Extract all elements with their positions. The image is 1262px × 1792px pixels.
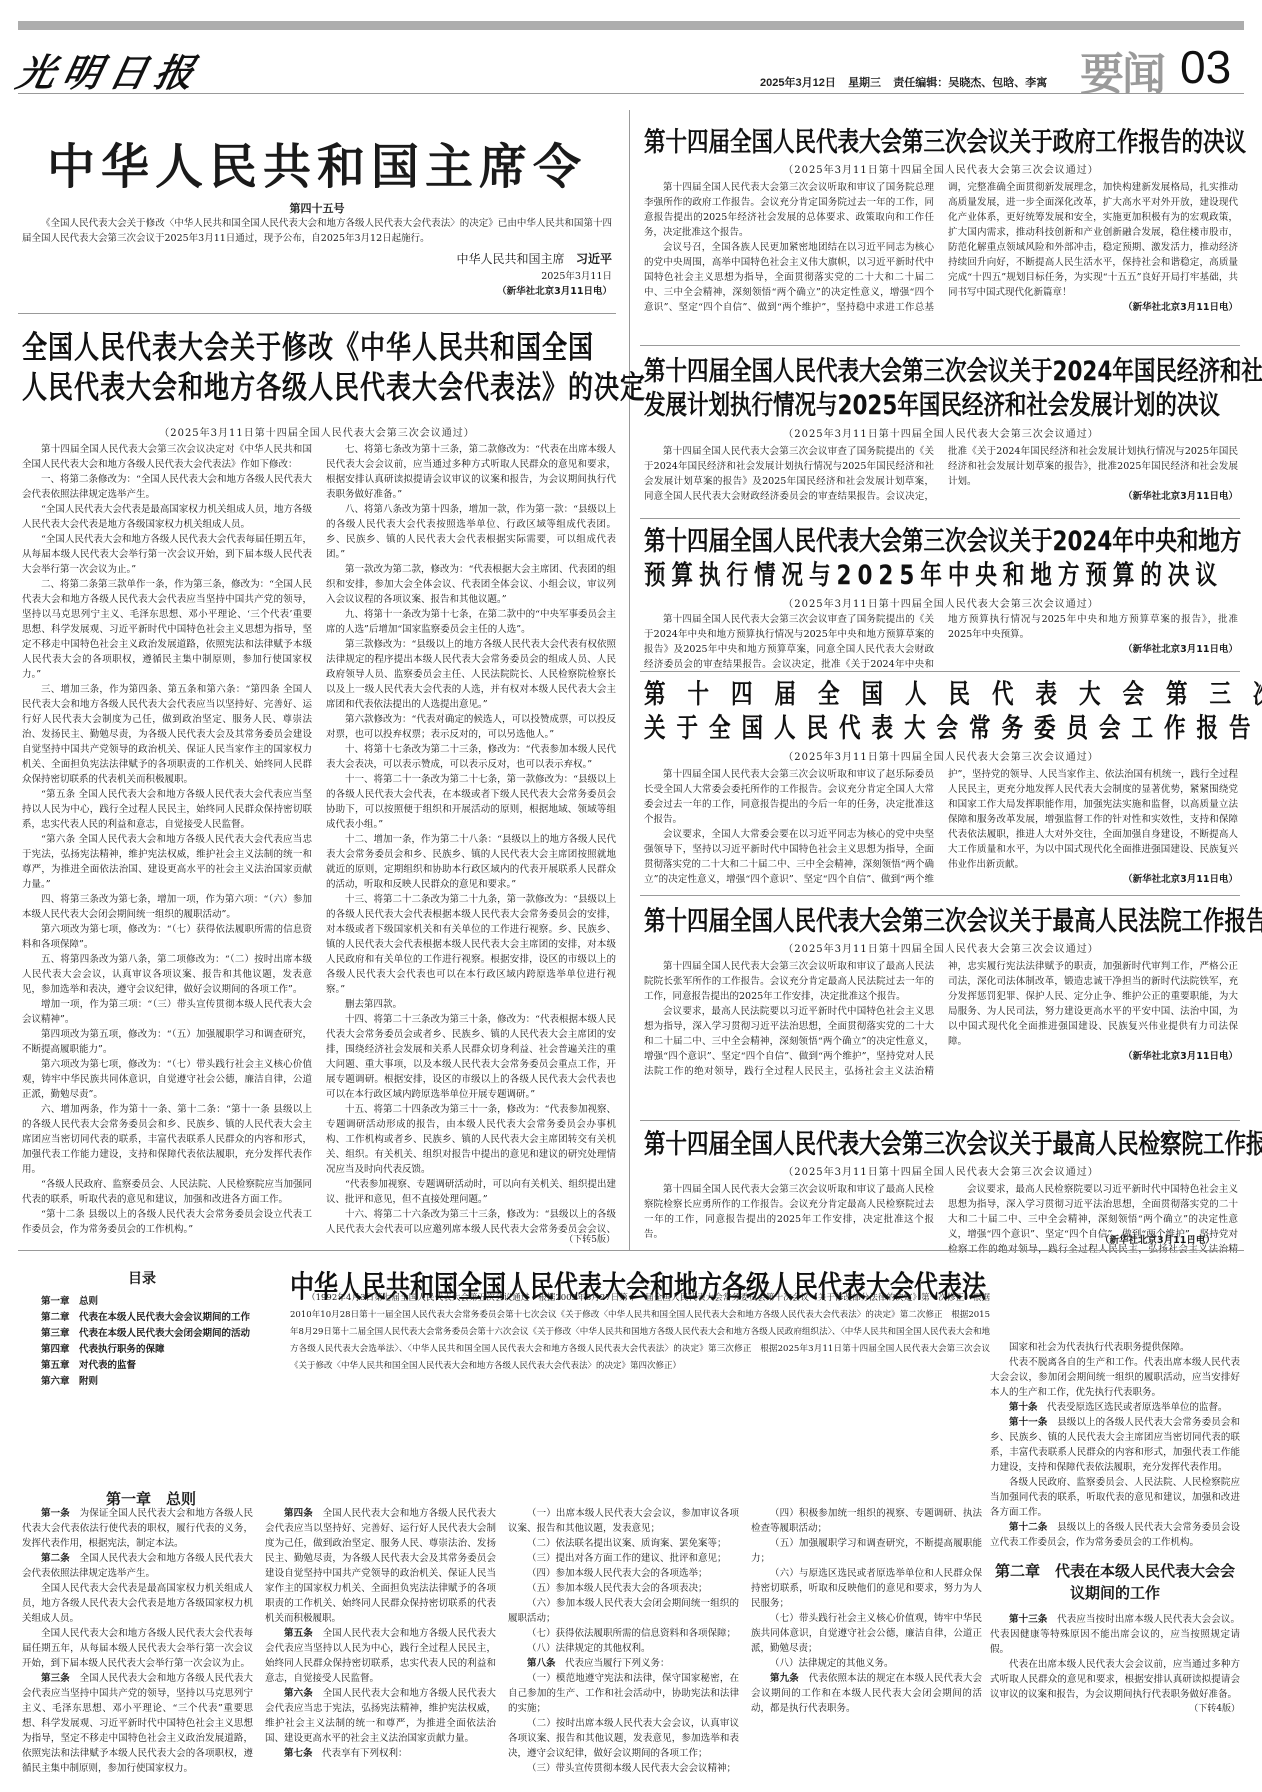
law-article: （七）带头践行社会主义核心价值观，铸牢中华民族共同体意识，自觉遵守社会公德，廉洁…	[751, 1611, 982, 1656]
law-article: 第一条 为保证全国人民代表大会和地方各级人民代表大会代表依法行使代表的职权，履行…	[22, 1506, 253, 1551]
paragraph: 二、将第二条第三款单作一条，作为第三条，修改为：“全国人民代表大会和地方各级人民…	[22, 577, 312, 682]
section-rule	[18, 1250, 1244, 1251]
paragraph: 第四项改为第五项，修改为：“（五）加强履职学习和调查研究，不断提高履职能力”。	[22, 1027, 312, 1057]
law-right-column: 国家和社会为代表执行代表职务提供保障。代表不脱离各自的生产和工作。代表出席本级人…	[990, 1340, 1240, 1717]
paragraph: 第一款改为第二款，修改为：“代表根据大会主席团、代表团的组织和安排，参加大会全体…	[326, 562, 616, 607]
paragraph: 四、将第三条改为第七条，增加一项，作为第六项：“（六）参加本级人民代表大会闭会期…	[22, 892, 312, 922]
law-article: （七）获得依法履职所需的信息资料和各项保障；	[508, 1626, 739, 1641]
paragraph: 增加一项，作为第三项：“（三）带头宣传贯彻本级人民代表大会会议精神”。	[22, 997, 312, 1027]
order-title: 中华人民共和国主席令	[18, 128, 616, 197]
law-article: （五）加强履职学习和调查研究，不断提高履职能力；	[751, 1536, 982, 1566]
resolution-subhead: （2025年3月11日第十四届全国人民代表大会第三次会议通过）	[644, 1163, 1238, 1178]
resolution-budget-report: 第十四届全国人民代表大会第三次会议关于2024年中央和地方 预算执行情况与202…	[644, 525, 1238, 672]
law-article: 第九条 代表依照本法的规定在本级人民代表大会会议期间的工作和在本级人民代表大会闭…	[751, 1671, 982, 1716]
issue-weekday: 星期三	[848, 77, 881, 89]
law-article: 第十三条 代表应当按时出席本级人民代表大会会议。代表因健康等特殊原因不能出席会议…	[990, 1612, 1240, 1657]
resolution-dateline: （新华社北京3月11日电）	[1100, 1232, 1215, 1246]
law-article: 第七条 代表享有下列权利：	[265, 1746, 496, 1761]
decision-continued: （下转5版）	[480, 1232, 615, 1245]
divider	[640, 518, 1240, 519]
toc-item[interactable]: 第四章 代表执行职务的保障	[22, 1342, 262, 1358]
law-amendment-note: （1992年4月3日第七届全国人民代表大会第五次会议通过 根据2009年8月27…	[290, 1290, 990, 1375]
law-article: 第三条 全国人民代表大会和地方各级人民代表大会代表应当坚持中国共产党的领导，坚持…	[22, 1671, 253, 1776]
resolution-title: 第十四届全国人民代表大会第三次会议关于最高人民检察院工作报告的决议	[644, 1128, 1238, 1162]
paragraph: 十一、将第二十一条改为第二十七条，第一款修改为：“县级以上的各级人民代表大会代表…	[326, 772, 616, 832]
order-signature: 中华人民共和国主席 习近平	[457, 250, 612, 267]
law-article: 代表在出席本级人民代表大会会议前，应当通过多种方式听取人民群众的意见和要求，根据…	[990, 1657, 1240, 1702]
law-article: （四）参加本级人民代表大会的各项选举；	[508, 1566, 739, 1581]
law-article: （六）与原选区选民或者原选举单位和人民群众保持密切联系，听取和反映他们的意见和要…	[751, 1566, 982, 1611]
page-number: 03	[1180, 40, 1231, 94]
resolution-title: 第十四届全国人民代表大会第三次会议关于政府工作报告的决议	[644, 126, 1238, 160]
resolution-dateline: （新华社北京3月11日电）	[948, 642, 1238, 657]
decision-body: 第十四届全国人民代表大会第三次会议决定对《中华人民共和国全国人民代表大会和地方各…	[22, 442, 616, 1237]
resolution-body: 第十四届全国人民代表大会第三次会议听取和审议了赵乐际委员长受全国人大常委会委托所…	[644, 767, 1238, 887]
law-article: 国家和社会为代表执行代表职务提供保障。	[990, 1340, 1240, 1355]
decision-subhead: （2025年3月11日第十四届全国人民代表大会第三次会议通过）	[18, 424, 616, 439]
law-article: （一）模范地遵守宪法和法律，保守国家秘密，在自己参加的生产、工作和社会活动中，协…	[508, 1671, 739, 1716]
paragraph: 十四、将第二十三条改为第三十条，修改为：“代表根据本级人民代表大会常务委员会或者…	[326, 1012, 616, 1102]
resolution-dateline: （新华社北京3月11日电）	[948, 872, 1238, 887]
order-number: 第四十五号	[18, 200, 616, 216]
resolution-title: 第十四届全国人民代表大会第三次会议关于2024年中央和地方 预算执行情况与202…	[644, 525, 1238, 593]
signer-title: 中华人民共和国主席	[457, 252, 565, 266]
resolution-subhead: （2025年3月11日第十四届全国人民代表大会第三次会议通过）	[644, 595, 1238, 610]
resolution-body: 第十四届全国人民代表大会第三次会议听取和审议了最高人民检察院检察长应勇所作的工作…	[644, 1182, 1238, 1268]
paragraph: 六、增加两条，作为第十一条、第十二条：“第十一条 县级以上的各级人民代表大会常务…	[22, 1102, 312, 1177]
resolution-procuratorate-report: 第十四届全国人民代表大会第三次会议关于最高人民检察院工作报告的决议 （2025年…	[644, 1128, 1238, 1268]
paragraph: 第十四届全国人民代表大会第三次会议决定对《中华人民共和国全国人民代表大会和地方各…	[22, 442, 312, 472]
masthead-bar	[18, 21, 1244, 30]
paragraph: 第三款修改为：“县级以上的地方各级人民代表大会代表有权依照法律规定的程序提出本级…	[326, 637, 616, 712]
law-article: （六）参加本级人民代表大会闭会期间统一组织的履职活动；	[508, 1596, 739, 1626]
paragraph: “各级人民政府、监察委员会、人民法院、人民检察院应当加强同代表的联系，听取代表的…	[22, 1177, 312, 1207]
resolution-plan-report: 第十四届全国人民代表大会第三次会议关于2024年国民经济和社会 发展计划执行情况…	[644, 355, 1238, 504]
law-article: （二）依法联名提出议案、质询案、罢免案等；	[508, 1536, 739, 1551]
law-article: 代表不脱离各自的生产和工作。代表出席本级人民代表大会会议，参加闭会期间统一组织的…	[990, 1355, 1240, 1400]
law-article: 全国人民代表大会和地方各级人民代表大会代表每届任期五年，从每届本级人民代表大会举…	[22, 1626, 253, 1671]
editors: 责任编辑：吴晓杰、包晗、李寓	[893, 77, 1047, 89]
paragraph: 删去第四款。	[326, 997, 616, 1012]
signer-name: 习近平	[576, 252, 612, 266]
resolution-subhead: （2025年3月11日第十四届全国人民代表大会第三次会议通过）	[644, 161, 1238, 176]
masthead-info: 2025年3月12日 星期三 责任编辑：吴晓杰、包晗、李寓	[760, 74, 1047, 90]
law-article: 第十二条 县级以上的各级人民代表大会常务委员会设立代表工作委员会，作为常务委员会…	[990, 1520, 1240, 1550]
paragraph: “第五条 全国人民代表大会和地方各级人民代表大会代表应当坚持以人民为中心，践行全…	[22, 787, 312, 832]
toc-item[interactable]: 第五章 对代表的监督	[22, 1358, 262, 1374]
resolution-title: 第十四届全国人民代表大会第三次会议关于2024年国民经济和社会 发展计划执行情况…	[644, 355, 1238, 423]
law-article: （一）出席本级人民代表大会会议，参加审议各项议案、报告和其他议题，发表意见；	[508, 1506, 739, 1536]
toc-item[interactable]: 第二章 代表在本级人民代表大会会议期间的工作	[22, 1310, 262, 1326]
order-date: 2025年3月11日	[541, 268, 612, 282]
table-of-contents: 目录 第一章 总则第二章 代表在本级人民代表大会会议期间的工作第三章 代表在本级…	[22, 1268, 262, 1390]
decision-title: 全国人民代表大会关于修改《中华人民共和国全国 人民代表大会和地方各级人民代表大会…	[22, 328, 622, 408]
law-article: 第八条 代表应当履行下列义务：	[508, 1656, 739, 1671]
resolution-court-report: 第十四届全国人民代表大会第三次会议关于最高人民法院工作报告的决议 （2025年3…	[644, 905, 1238, 1079]
resolution-dateline: （新华社北京3月11日电）	[948, 489, 1238, 504]
law-article: （三）提出对各方面工作的建议、批评和意见；	[508, 1551, 739, 1566]
resolution-dateline: （新华社北京3月11日电）	[948, 300, 1238, 315]
resolution-title: 第十四届全国人民代表大会第三次会议关于最高人民法院工作报告的决议	[644, 905, 1238, 939]
paragraph: 一、将第二条修改为：“全国人民代表大会和地方各级人民代表大会代表依照法律规定选举…	[22, 472, 312, 502]
law-article: 各级人民政府、监察委员会、人民法院、人民检察院应当加强同代表的联系，听取代表的意…	[990, 1475, 1240, 1520]
divider	[640, 1120, 1240, 1121]
resolution-subhead: （2025年3月11日第十四届全国人民代表大会第三次会议通过）	[644, 940, 1238, 955]
order-text: 《全国人民代表大会关于修改〈中华人民共和国全国人民代表大会和地方各级人民代表大会…	[22, 216, 612, 246]
toc-item[interactable]: 第一章 总则	[22, 1294, 262, 1310]
order-dateline: （新华社北京3月11日电）	[497, 283, 612, 297]
paragraph: 五、将第四条改为第八条，第二项修改为：“（二）按时出席本级人民代表大会会议，认真…	[22, 952, 312, 997]
law-article: （八）法律规定的其他权利。	[508, 1641, 739, 1656]
law-article: 第五条 全国人民代表大会和地方各级人民代表大会代表应当坚持以人民为中心，践行全过…	[265, 1626, 496, 1686]
paragraph: 十三、将第二十二条改为第二十九条，第一款修改为：“县级以上的各级人民代表大会代表…	[326, 892, 616, 997]
paragraph: “全国人民代表大会和地方各级人民代表大会代表每届任期五年，从每届本级人民代表大会…	[22, 532, 312, 577]
paragraph: 十五、将第二十四条改为第三十一条，修改为：“代表参加视察、专题调研活动形成的报告…	[326, 1102, 616, 1177]
paragraph: “代表参加视察、专题调研活动时，可以向有关机关、组织提出建议、批评和意见，但不直…	[326, 1177, 616, 1207]
paragraph: 八、将第八条改为第十四条，增加一款，作为第一款：“县级以上的各级人民代表大会代表…	[326, 502, 616, 562]
resolution-title: 第十四届全国人民代表大会第三次会议 关于全国人民代表大会常务委员会工作报告的决议	[644, 678, 1238, 746]
resolution-subhead: （2025年3月11日第十四届全国人民代表大会第三次会议通过）	[644, 425, 1238, 440]
paragraph: 第六项改为第七项，修改为：“（七）获得依法履职所需的信息资料和各项保障”。	[22, 922, 312, 952]
law-article: 第十一条 县级以上的各级人民代表大会常务委员会和乡、民族乡、镇的人民代表大会主席…	[990, 1415, 1240, 1475]
order-rule	[18, 313, 616, 314]
resolution-body: 第十四届全国人民代表大会第三次会议听取和审议了最高人民法院院长张军所作的工作报告…	[644, 959, 1238, 1079]
paragraph: 三、增加三条，作为第四条、第五条和第六条：“第四条 全国人民代表大会和地方各级人…	[22, 682, 312, 787]
law-continued: （下转4版）	[990, 1702, 1240, 1717]
issue-date: 2025年3月12日	[760, 77, 836, 89]
divider	[640, 345, 1240, 346]
law-article: （四）积极参加统一组织的视察、专题调研、执法检查等履职活动；	[751, 1506, 982, 1536]
law-article: （三）带头宣传贯彻本级人民代表大会会议精神；	[508, 1761, 739, 1776]
paragraph: 第六项改为第七项，修改为：“（七）带头践行社会主义核心价值观，铸牢中华民族共同体…	[22, 1057, 312, 1102]
paragraph: 十、将第十七条改为第二十三条，修改为：“代表参加本级人民代表大会表决，可以表示赞…	[326, 742, 616, 772]
law-article: （五）参加本级人民代表大会的各项表决；	[508, 1581, 739, 1596]
law-body: 第一条 为保证全国人民代表大会和地方各级人民代表大会代表依法行使代表的职权，履行…	[22, 1506, 982, 1788]
paragraph: “第十二条 县级以上的各级人民代表大会常务委员会设立代表工作委员会，作为常务委员…	[22, 1207, 312, 1237]
column-divider	[629, 110, 630, 1250]
resolution-npcsc-report: 第十四届全国人民代表大会第三次会议 关于全国人民代表大会常务委员会工作报告的决议…	[644, 678, 1238, 887]
toc-item[interactable]: 第六章 附则	[22, 1374, 262, 1390]
law-article: 第六条 全国人民代表大会和地方各级人民代表大会代表应当忠于宪法，弘扬宪法精神，维…	[265, 1686, 496, 1746]
law-article: （二）按时出席本级人民代表大会会议，认真审议各项议案、报告和其他议题，发表意见，…	[508, 1716, 739, 1761]
divider	[640, 671, 1240, 672]
law-article: （八）法律规定的其他义务。	[751, 1656, 982, 1671]
resolution-subhead: （2025年3月11日第十四届全国人民代表大会第三次会议通过）	[644, 748, 1238, 763]
law-article: 第十条 代表受原选区选民或者原选举单位的监督。	[990, 1400, 1240, 1415]
paragraph: “第六条 全国人民代表大会和地方各级人民代表大会代表应当忠于宪法，弘扬宪法精神，…	[22, 832, 312, 892]
resolution-gov-report: 第十四届全国人民代表大会第三次会议关于政府工作报告的决议 （2025年3月11日…	[644, 126, 1238, 315]
chapter2-heading: 第二章 代表在本级人民代表大会会议期间的工作	[990, 1560, 1240, 1604]
resolution-dateline: （新华社北京3月11日电）	[948, 1049, 1238, 1064]
law-article: 全国人民代表大会代表是最高国家权力机关组成人员，地方各级人民代表大会代表是地方各…	[22, 1581, 253, 1626]
paragraph: 七、将第七条改为第十三条，第二款修改为：“代表在出席本级人民代表大会会议前，应当…	[326, 442, 616, 502]
law-article: 第二条 全国人民代表大会和地方各级人民代表大会代表依照法律规定选举产生。	[22, 1551, 253, 1581]
newspaper-logo: 光明日报	[12, 42, 208, 97]
resolution-body: 第十四届全国人民代表大会第三次会议听取和审议了国务院总理李强所作的政府工作报告。…	[644, 180, 1238, 315]
resolution-body: 第十四届全国人民代表大会第三次会议审查了国务院提出的《关于2024年中央和地方预…	[644, 612, 1238, 672]
resolution-body: 第十四届全国人民代表大会第三次会议审查了国务院提出的《关于2024年国民经济和社…	[644, 444, 1238, 504]
toc-item[interactable]: 第三章 代表在本级人民代表大会闭会期间的活动	[22, 1326, 262, 1342]
paragraph: 第六款修改为：“代表对确定的候选人，可以投赞成票，可以投反对票，也可以投弃权票；…	[326, 712, 616, 742]
paragraph: 十二、增加一条，作为第二十八条：“县级以上的地方各级人民代表大会常务委员会和乡、…	[326, 832, 616, 892]
paragraph: “全国人民代表大会代表是最高国家权力机关组成人员，地方各级人民代表大会代表是地方…	[22, 502, 312, 532]
toc-list: 第一章 总则第二章 代表在本级人民代表大会会议期间的工作第三章 代表在本级人民代…	[22, 1294, 262, 1390]
law-article: 第四条 全国人民代表大会和地方各级人民代表大会代表应当以坚持好、完善好、运行好人…	[265, 1506, 496, 1626]
divider	[640, 895, 1240, 896]
masthead-rule	[18, 93, 1244, 94]
toc-title: 目录	[22, 1268, 262, 1288]
paragraph: 九、将第十一条改为第十七条，在第二款中的“中央军事委员会主席的人选”后增加“国家…	[326, 607, 616, 637]
